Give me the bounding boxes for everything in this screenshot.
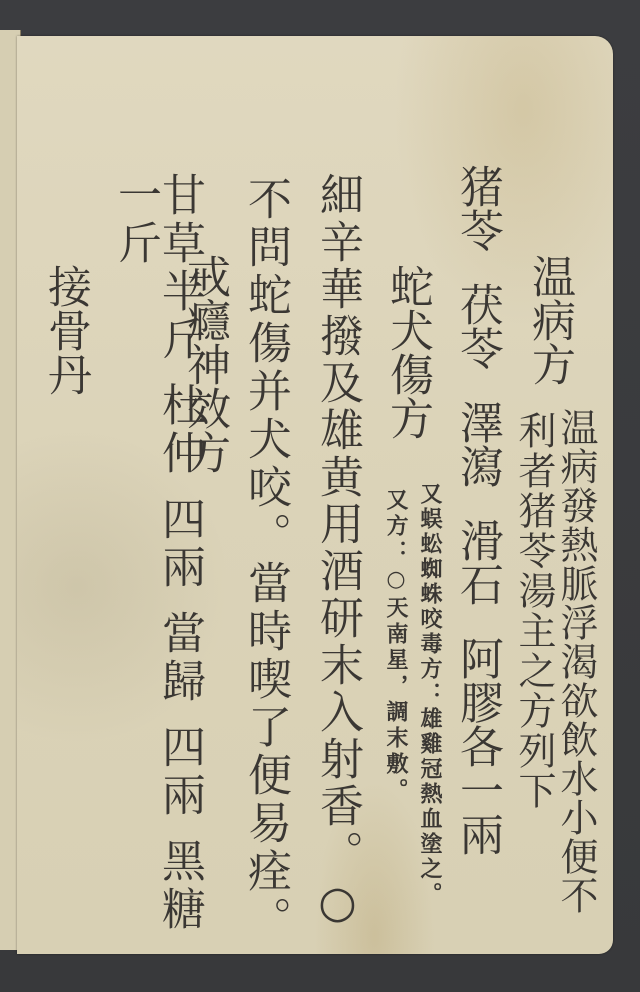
ingredient-zexie: 澤瀉 [452,400,503,488]
centipede-spider-bite-remedy: 又蜈蚣蜘蛛咬毒方：雄雞冠熱血塗之。 [419,482,441,907]
manuscript-page: 温病方 温病發熱脈浮渴欲飲水小便不 利者猪苓湯主之方列下 猪苓茯苓澤瀉滑石阿膠各… [17,36,613,954]
ingredient-fuling: 茯苓 [452,282,503,370]
heading-wenbing-fang: 温病方 [527,254,571,386]
jieyin-ingredients: 甘草半斤 杜仲 四兩 當歸 四兩 黑糖 一斤 [113,172,201,954]
scan-background: 温病方 温病發熱脈浮渴欲飲水小便不 利者猪苓湯主之方列下 猪苓茯苓澤瀉滑石阿膠各… [0,0,640,992]
heading-snake-dog-bite: 蛇犬傷方 [385,264,429,440]
ingredient-huashi: 滑石 [452,518,503,606]
xixin-recipe-line: 細辛華撥及雄黄用酒研末入射香。○ [315,172,359,931]
wenbing-description-line1: 温病發熱脈浮渴欲飲水小便不 [557,408,595,915]
tiannanxing-remedy: 又方：○天南星，調末敷。 [385,488,407,804]
heading-jiegu-dan: 接骨丹 [43,264,87,396]
wenbing-description-line2: 利者猪苓湯主之方列下 [515,411,553,811]
snake-dog-bite-instruction: 不問蛇傷并犬咬。當時喫了便易痊。 [243,176,287,944]
ingredient-list: 猪苓茯苓澤瀉滑石阿膠各一兩 [455,164,499,856]
ingredient-dose: 各一兩 [452,724,503,856]
ingredient-ajiao: 阿膠 [452,636,503,724]
ingredient-zhuling: 猪苓 [452,164,503,252]
